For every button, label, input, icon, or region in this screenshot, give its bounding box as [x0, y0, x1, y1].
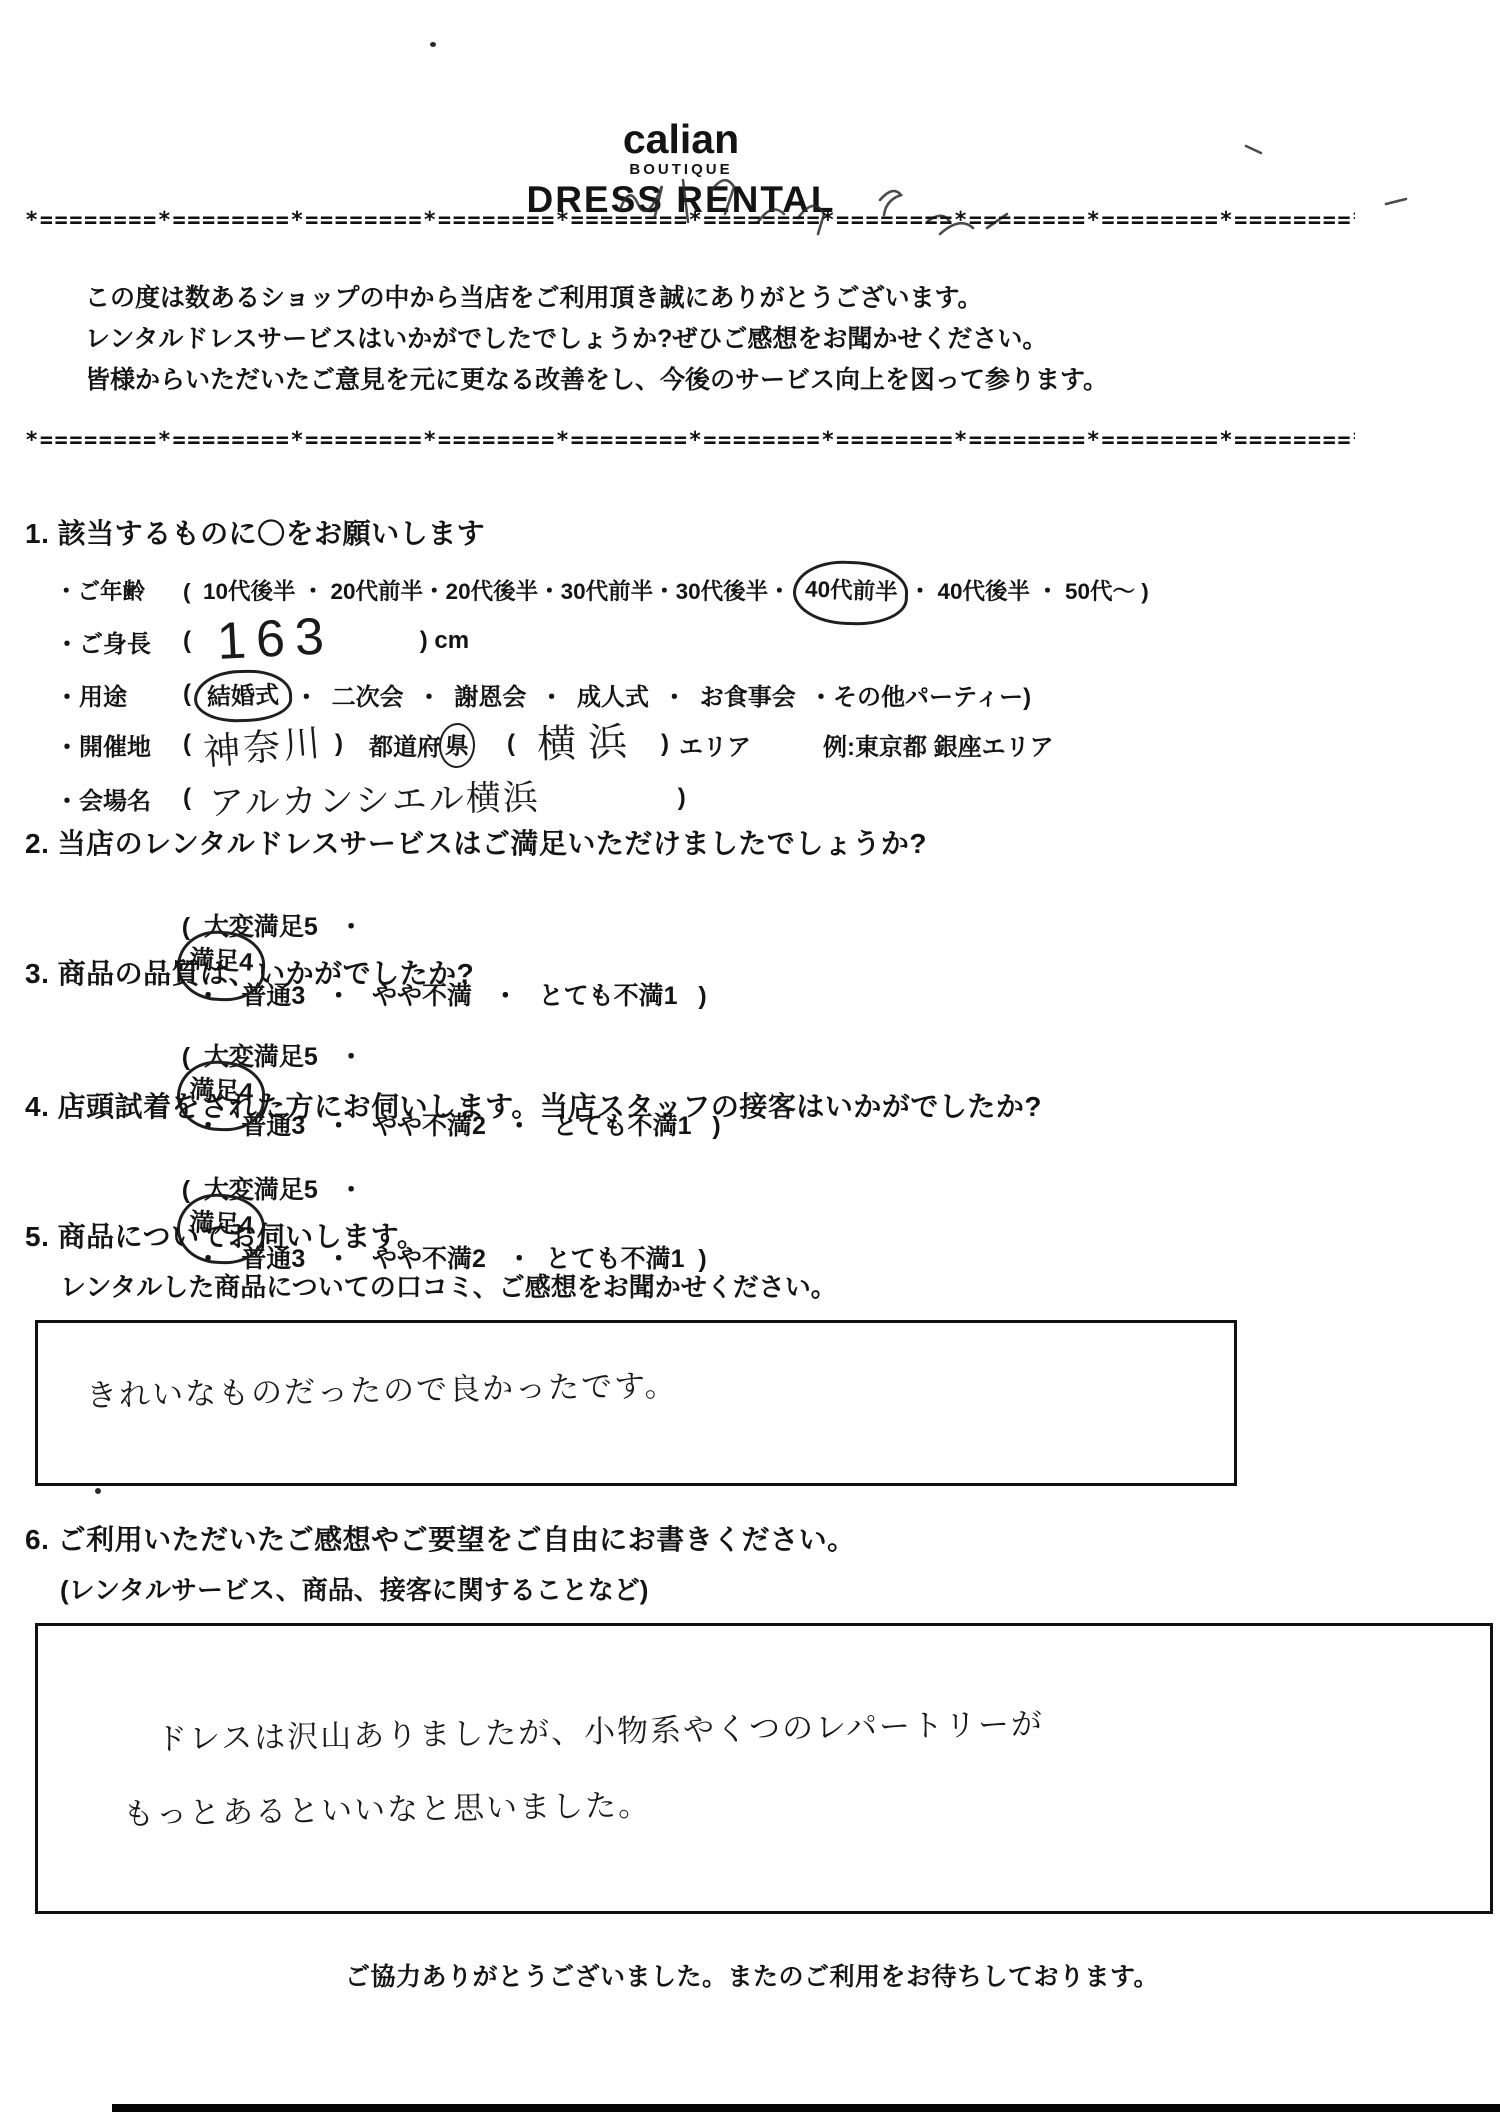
place-example: 例:東京都 銀座エリア — [823, 727, 1054, 762]
age-options-post: ・ 40代後半 ・ 50代〜 ) — [902, 574, 1148, 606]
paren-open: ( — [183, 627, 191, 655]
handwritten-answer-q6-line2: もっとあるといいなと思いました。 — [123, 1779, 652, 1833]
age-row: ・ご年齢 ( 10代後半 ・ 20代前半・20代後半・30代前半・30代後半・ … — [55, 568, 1385, 612]
question-6-answer-box: ドレスは沢山ありましたが、小物系やくつのレパートリーが もっとあるといいなと思い… — [35, 1623, 1493, 1914]
purpose-label: ・用途 — [55, 677, 183, 712]
place-label: ・開催地 — [55, 727, 183, 762]
question-3-title: 3. 商品の品質は、いかがでしたか? — [25, 952, 1425, 992]
paren-open: ( — [183, 784, 191, 812]
question-6-section: 6. ご利用いただいたご感想やご要望をご自由にお書きください。 (レンタルサービ… — [25, 1518, 1425, 1914]
question-5-answer-box: きれいなものだったので良かったです。 — [35, 1320, 1237, 1486]
question-6-subtitle: (レンタルサービス、商品、接客に関することなど) — [60, 1570, 1425, 1607]
intro-line: レンタルドレスサービスはいかがでしたでしょうか?ぜひご感想をお聞かせください。 — [85, 319, 1108, 360]
intro-line: 皆様からいただいたご意見を元に更なる改善をし、今後のサービス向上を図って参ります… — [85, 360, 1108, 401]
question-2-title: 2. 当店のレンタルドレスサービスはご満足いただけましたでしょうか? — [25, 822, 1425, 862]
intro-line: この度は数あるショップの中から当店をご利用頂き誠にありがとうございます。 — [85, 278, 1108, 319]
question-5-subtitle: レンタルした商品についての口コミ、ご感想をお聞かせください。 — [60, 1267, 1425, 1304]
divider-line: *========*========*========*========*===… — [25, 428, 1355, 453]
divider-line: *========*========*========*========*===… — [25, 208, 1355, 233]
venue-row: ・会場名 ( アルカンシエル横浜 ) — [55, 770, 1385, 826]
handwritten-area: 横浜 — [536, 710, 640, 770]
paren-close: ) — [335, 730, 343, 758]
purpose-row: ・用途 ( 結婚式 ・ 二次会 ・ 謝恩会 ・ 成人式 ・ お食事会 ・その他パ… — [55, 670, 1385, 718]
height-row: ・ご身長 ( 163 ) cm — [55, 612, 1385, 670]
handwritten-venue-name: アルカンシエル横浜 — [209, 770, 541, 826]
handwritten-answer-q5: きれいなものだったので良かったです。 — [86, 1360, 678, 1415]
intro-paragraph: この度は数あるショップの中から当店をご利用頂き誠にありがとうございます。 レンタ… — [85, 278, 1108, 401]
question-1-section: 1. 該当するものに〇をお願いします ・ご年齢 ( 10代後半 ・ 20代前半・… — [25, 512, 1385, 826]
handwritten-answer-q6-line1: ドレスは沢山ありましたが、小物系やくつのレパートリーが — [156, 1698, 1045, 1758]
pen-scribble — [598, 138, 1428, 258]
question-5-title: 5. 商品についてお伺いします。 — [25, 1215, 1425, 1255]
paren-open: ( — [507, 730, 515, 758]
area-suffix: エリア — [679, 727, 751, 762]
age-options-pre: ( 10代後半 ・ 20代前半・20代後半・30代前半・30代後半・ — [183, 574, 797, 606]
prefecture-circled-char: 県 — [438, 722, 476, 769]
scan-speck — [95, 1488, 101, 1494]
age-label: ・ご年齢 — [55, 574, 183, 606]
question-6-title: 6. ご利用いただいたご感想やご要望をご自由にお書きください。 — [25, 1518, 1425, 1558]
height-label: ・ご身長 — [55, 624, 183, 659]
question-4-title: 4. 店頭試着をされた方にお伺いします。当店スタッフの接客はいかがでしたか? — [25, 1085, 1425, 1125]
question-5-section: 5. 商品についてお伺いします。 レンタルした商品についての口コミ、ご感想をお聞… — [25, 1215, 1425, 1486]
purpose-options-post: ・ 二次会 ・ 謝恩会 ・ 成人式 ・ お食事会 ・その他パーティー) — [288, 677, 1031, 712]
scan-speck — [430, 42, 436, 47]
handwritten-height-value: 163 — [216, 606, 336, 672]
bottom-scan-line — [112, 2104, 1500, 2112]
handwritten-prefecture: 神奈川 — [201, 712, 325, 776]
scanned-survey-page: calian BOUTIQUE DRESS RENTAL *========*=… — [0, 0, 1500, 2127]
place-row: ・開催地 ( 神奈川 ) 都道府 県 ( 横浜 ) エリア 例:東京都 銀座エリ… — [55, 718, 1385, 770]
footer-thanks-note: ご協力ありがとうございました。またのご利用をお待ちしております。 — [345, 1957, 1159, 1993]
paren-close: ) — [661, 730, 669, 758]
paren-close: ) — [678, 784, 686, 812]
question-1-title: 1. 該当するものに〇をお願いします — [25, 512, 1385, 552]
venue-label: ・会場名 — [55, 781, 183, 816]
prefecture-suffix: 都道府 — [369, 727, 441, 762]
paren-open: ( — [183, 730, 191, 758]
paren-close-cm: ) cm — [420, 627, 469, 655]
